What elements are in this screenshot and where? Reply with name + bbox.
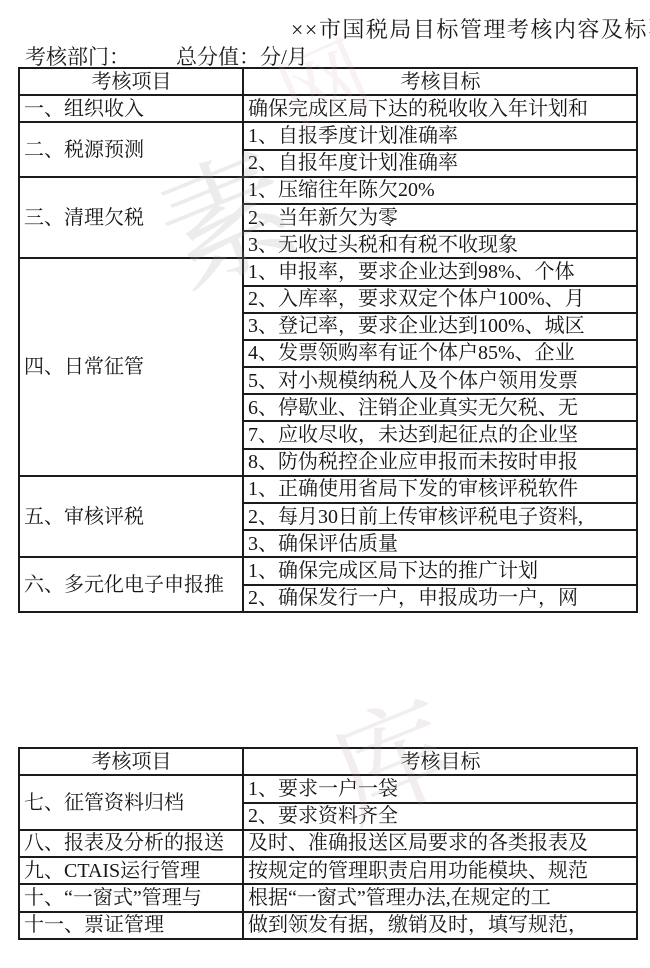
department-label: 考核部门：	[25, 45, 130, 69]
table-row: 五、审核评税 1、正确使用省局下发的审核评税软件	[19, 476, 637, 503]
target-cell: 2、要求资料齐全	[243, 803, 637, 830]
project-cell: 三、清理欠税	[19, 177, 243, 259]
target-cell: 1、确保完成区局下达的推广计划	[243, 557, 637, 584]
target-cell: 按规定的管理职责启用功能模块、规范	[243, 857, 637, 884]
project-cell: 四、日常征管	[19, 258, 243, 476]
target-cell: 3、确保评估质量	[243, 530, 637, 557]
target-cell: 7、应收尽收，未达到起征点的企业坚	[243, 421, 637, 448]
project-cell: 五、审核评税	[19, 476, 243, 558]
column-header-target: 考核目标	[243, 68, 637, 95]
column-header-project: 考核项目	[19, 68, 243, 95]
target-cell: 5、对小规模纳税人及个体户领用发票	[243, 367, 637, 394]
target-cell: 6、停歇业、注销企业真实无欠税、无	[243, 394, 637, 421]
column-header-project: 考核项目	[19, 748, 243, 775]
total-score-label: 总分值：分/月	[176, 45, 308, 69]
column-header-target: 考核目标	[243, 748, 637, 775]
scanned-document-page: ××市国税局目标管理考核内容及标准 考核部门：总分值：分/月 考核项目 考核目标…	[0, 0, 650, 968]
target-cell: 1、要求一户一袋	[243, 775, 637, 802]
table-row: 二、税源预测 1、自报季度计划准确率	[19, 122, 637, 149]
project-cell: 一、组织收入	[19, 95, 243, 122]
table-row: 四、日常征管 1、申报率，要求企业达到98%、个体	[19, 258, 637, 285]
project-cell: 六、多元化电子申报推	[19, 557, 243, 612]
table-row: 一、组织收入 确保完成区局下达的税收收入年计划和	[19, 95, 637, 122]
project-cell: 九、CTAIS运行管理	[19, 857, 243, 884]
target-cell: 根据“一窗式”管理办法,在规定的工	[243, 884, 637, 911]
table-row: 九、CTAIS运行管理 按规定的管理职责启用功能模块、规范	[19, 857, 637, 884]
target-cell: 确保完成区局下达的税收收入年计划和	[243, 95, 637, 122]
table-row: 考核项目 考核目标	[19, 68, 637, 95]
target-cell: 1、正确使用省局下发的审核评税软件	[243, 476, 637, 503]
target-cell: 8、防伪税控企业应申报而未按时申报	[243, 449, 637, 476]
table-row: 八、报表及分析的报送 及时、准确报送区局要求的各类报表及	[19, 830, 637, 857]
target-cell: 1、自报季度计划准确率	[243, 122, 637, 149]
project-cell: 八、报表及分析的报送	[19, 830, 243, 857]
assessment-table-lower: 考核项目 考核目标 七、征管资料归档 1、要求一户一袋 2、要求资料齐全 八、报…	[18, 747, 638, 940]
target-cell: 2、入库率，要求双定个体户100%、月	[243, 286, 637, 313]
target-cell: 2、自报年度计划准确率	[243, 150, 637, 177]
project-cell: 七、征管资料归档	[19, 775, 243, 830]
target-cell: 2、当年新欠为零	[243, 204, 637, 231]
target-cell: 1、申报率，要求企业达到98%、个体	[243, 258, 637, 285]
assessment-table-upper: 考核项目 考核目标 一、组织收入 确保完成区局下达的税收收入年计划和 二、税源预…	[18, 67, 638, 613]
target-cell: 及时、准确报送区局要求的各类报表及	[243, 830, 637, 857]
table-row: 十、“一窗式”管理与 根据“一窗式”管理办法,在规定的工	[19, 884, 637, 911]
table-row: 六、多元化电子申报推 1、确保完成区局下达的推广计划	[19, 557, 637, 584]
target-cell: 1、压缩往年陈欠20%	[243, 177, 637, 204]
page-title: ××市国税局目标管理考核内容及标准	[291, 13, 650, 44]
target-cell: 3、登记率，要求企业达到100%、城区	[243, 313, 637, 340]
target-cell: 2、每月30日前上传审核评税电子资料,	[243, 503, 637, 530]
project-cell: 二、税源预测	[19, 122, 243, 176]
target-cell: 4、发票领购率有证个体户85%、企业	[243, 340, 637, 367]
target-cell: 3、无收过头税和有税不收现象	[243, 231, 637, 258]
table-row: 七、征管资料归档 1、要求一户一袋	[19, 775, 637, 802]
table-row: 考核项目 考核目标	[19, 748, 637, 775]
project-cell: 十一、票证管理	[19, 912, 243, 939]
target-cell: 2、确保发行一户，申报成功一户，网	[243, 585, 637, 612]
target-cell: 做到领发有据，缴销及时，填写规范，	[243, 912, 637, 939]
table-row: 十一、票证管理 做到领发有据，缴销及时，填写规范，	[19, 912, 637, 939]
project-cell: 十、“一窗式”管理与	[19, 884, 243, 911]
table-row: 三、清理欠税 1、压缩往年陈欠20%	[19, 177, 637, 204]
